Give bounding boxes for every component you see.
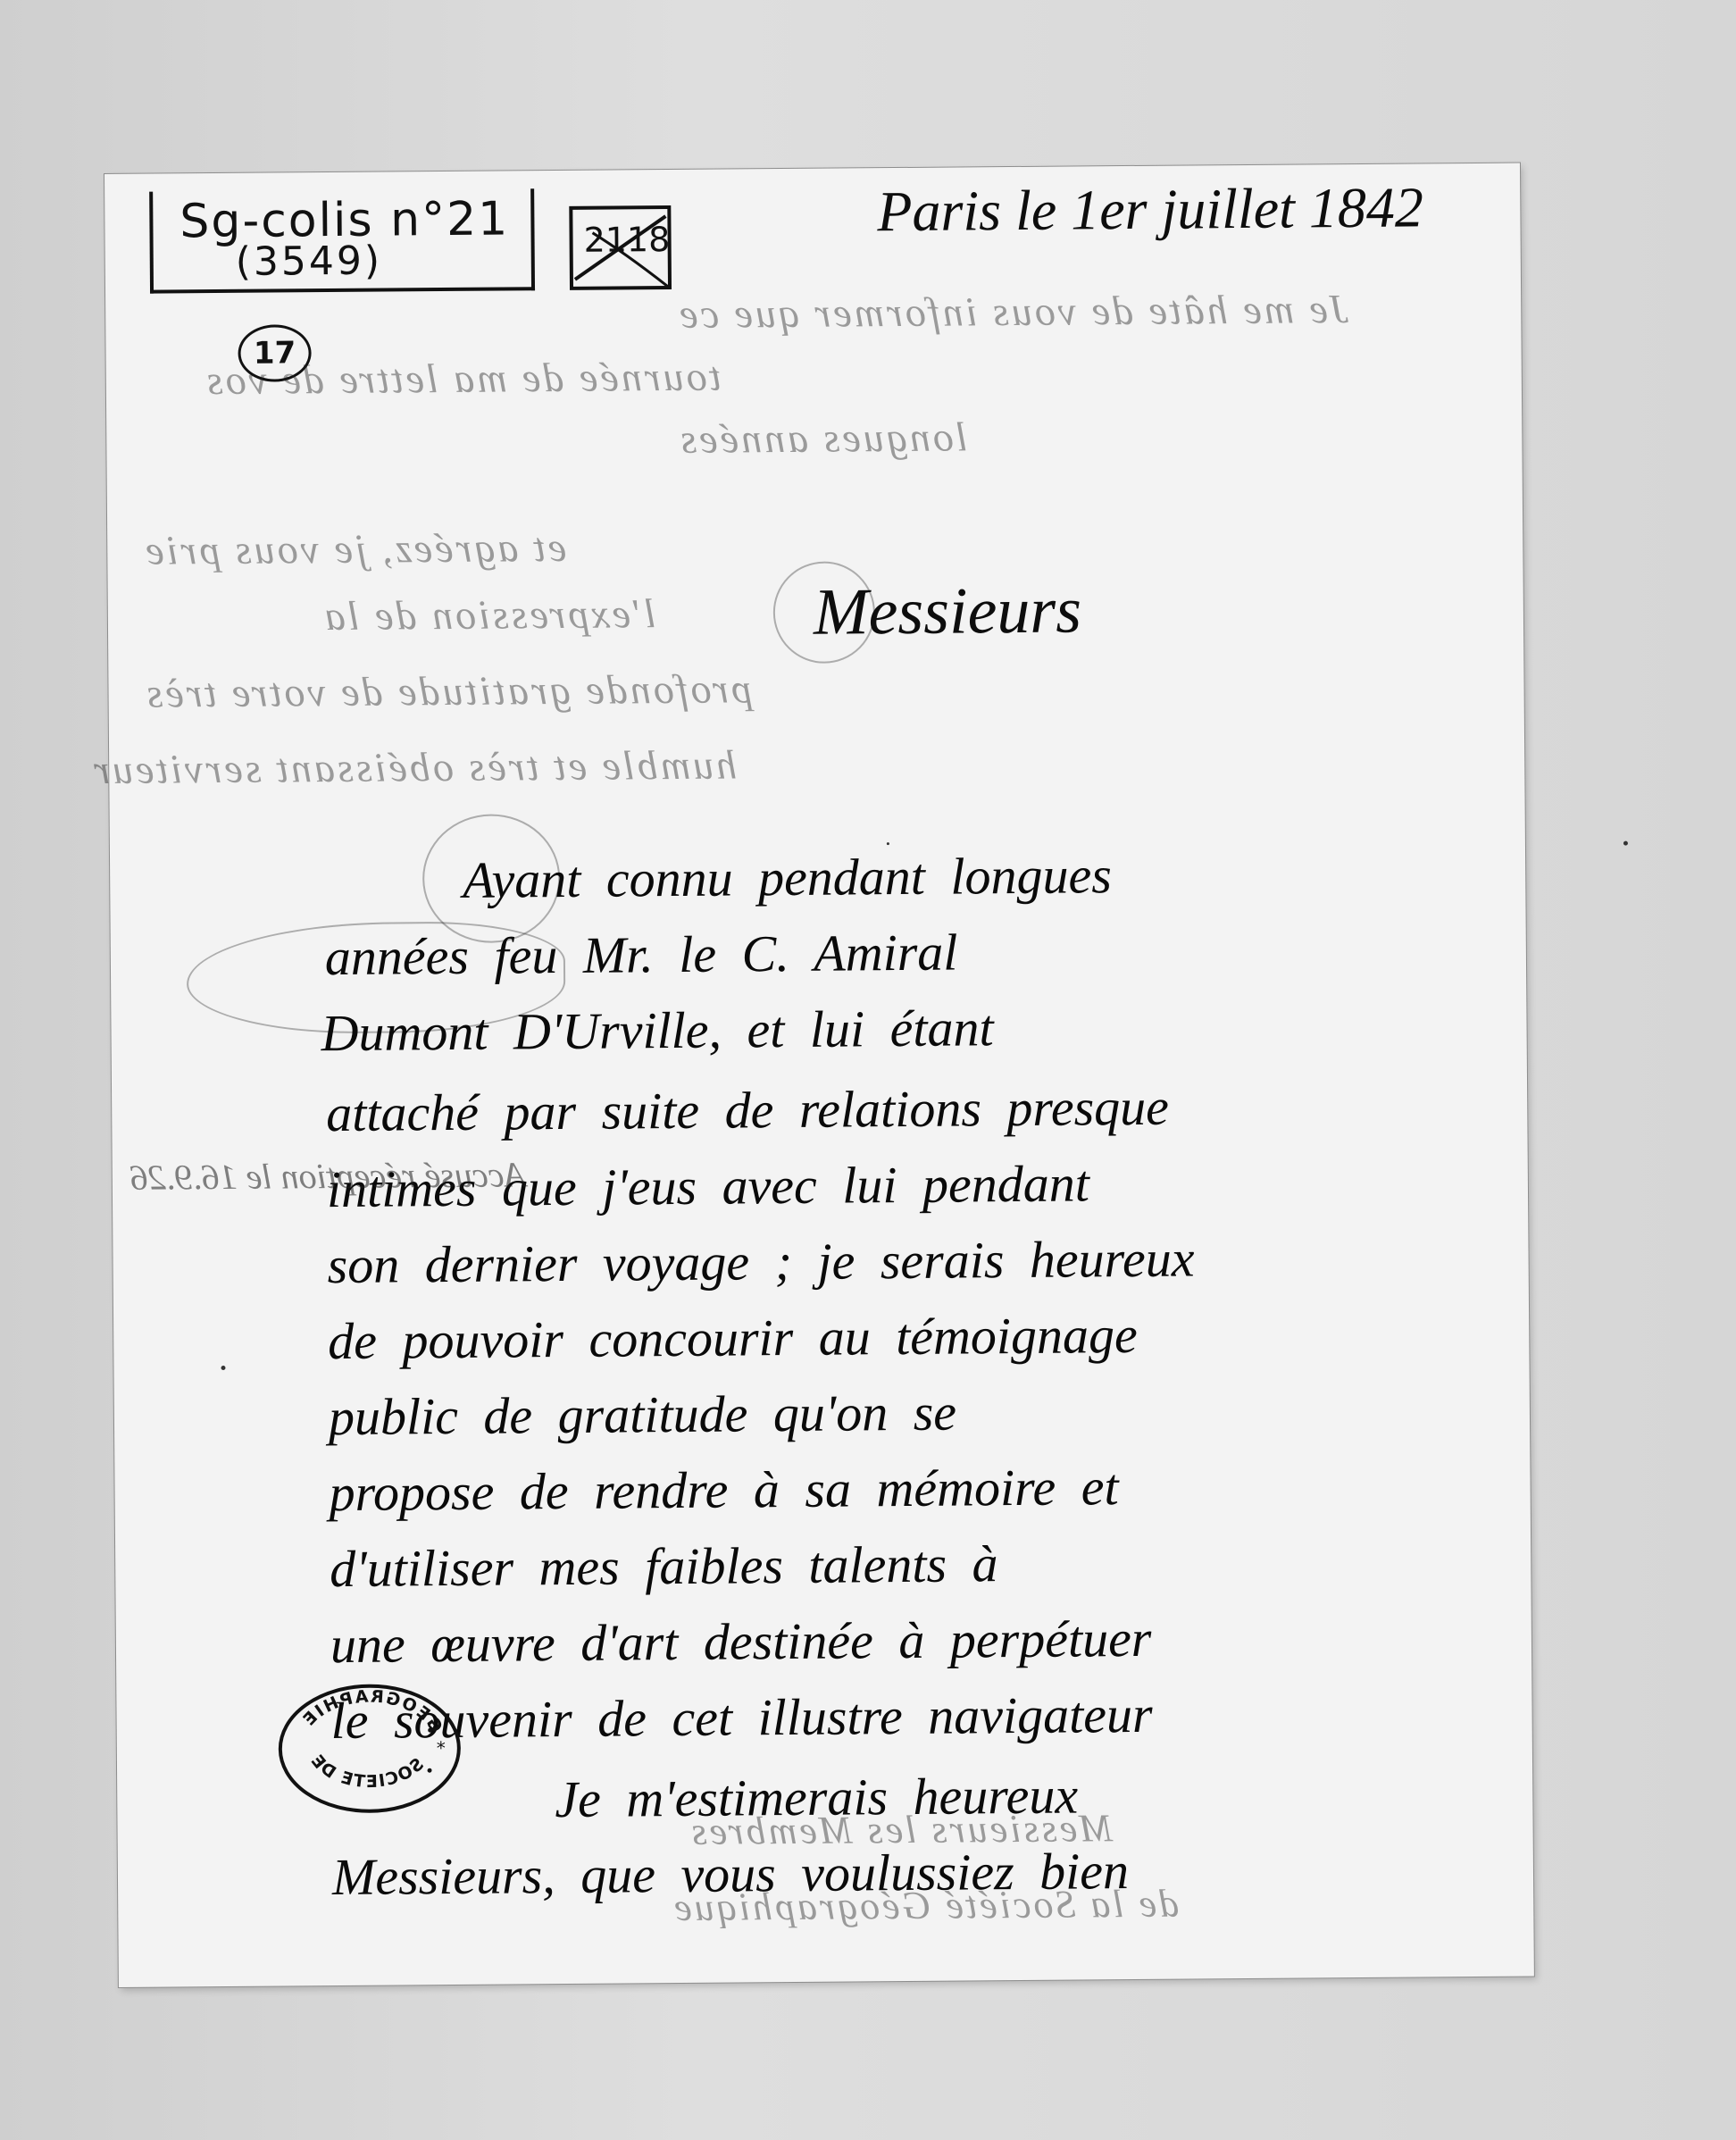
svg-text:SOCIETE DE: SOCIETE DE	[305, 1749, 428, 1792]
letter-body-line: Dumont D'Urville, et lui étant	[321, 998, 994, 1063]
margin-note: Accusé réception le 16.9.26	[130, 1153, 527, 1198]
letter-body-line: son dernier voyage ; je serais heureux	[327, 1228, 1194, 1295]
paper-speck	[1623, 841, 1628, 846]
bleed-through-line: l'expression de la	[322, 589, 656, 639]
bleed-through-line: tournée de ma lettre de vos	[204, 353, 722, 405]
letter-body-line: une œuvre d'art destinée à perpétuer	[330, 1609, 1152, 1675]
call-number-line2: (3549)	[236, 238, 383, 285]
letter-body-line: attaché par suite de relations presque	[326, 1077, 1169, 1143]
strike-through-icon	[572, 209, 668, 287]
bleed-through-address: de la Société Géographique	[672, 1881, 1179, 1930]
letter-body-line: public de gratitude qu'on se	[329, 1383, 957, 1448]
paper-speck	[887, 842, 889, 845]
paper-speck	[221, 1366, 225, 1370]
svg-text:GEOGRAPHIE: GEOGRAPHIE	[298, 1686, 447, 1738]
bleed-through-line: profonde gratitude de votre très	[144, 665, 752, 716]
letter-body-line: propose de rendre à sa mémoire et	[329, 1457, 1119, 1523]
bleed-through-address: Messieurs les Membres	[689, 1805, 1113, 1854]
societe-de-geographie-stamp: GEOGRAPHIE SOCIETE DE *	[275, 1681, 463, 1817]
letter-body-line: de pouvoir concourir au témoignage	[328, 1305, 1138, 1371]
letter-body-line: années feu Mr. le C. Amiral	[325, 923, 958, 988]
bleed-through-line: longues années	[678, 413, 968, 463]
letter-salutation: Messieurs	[814, 573, 1082, 650]
bleed-through-line: humble et très obéissant serviteur	[91, 740, 737, 793]
bleed-through-line: Je me hâte de vous informer que ce	[677, 285, 1349, 338]
letter-dateline: Paris le 1er juillet 1842	[877, 174, 1423, 245]
bleed-through-line: et agréez, je vous prie	[143, 523, 566, 574]
letter-body-line: d'utiliser mes faibles talents à	[330, 1534, 998, 1599]
stamp-text-bottom: SOCIETE DE	[305, 1749, 428, 1792]
crossed-out-number-box: 2118	[569, 205, 672, 290]
stamp-star-icon: *	[437, 1737, 446, 1759]
archive-call-number-box: Sg-colis n°21 (3549)	[149, 188, 535, 293]
stamp-oval-icon: GEOGRAPHIE SOCIETE DE *	[275, 1681, 463, 1817]
letter-body-line: Ayant connu pendant longues	[463, 845, 1112, 910]
letter-sheet: Sg-colis n°21 (3549) 2118 17 Paris le 1e…	[104, 163, 1534, 1987]
stamp-text-top: GEOGRAPHIE	[298, 1686, 447, 1738]
